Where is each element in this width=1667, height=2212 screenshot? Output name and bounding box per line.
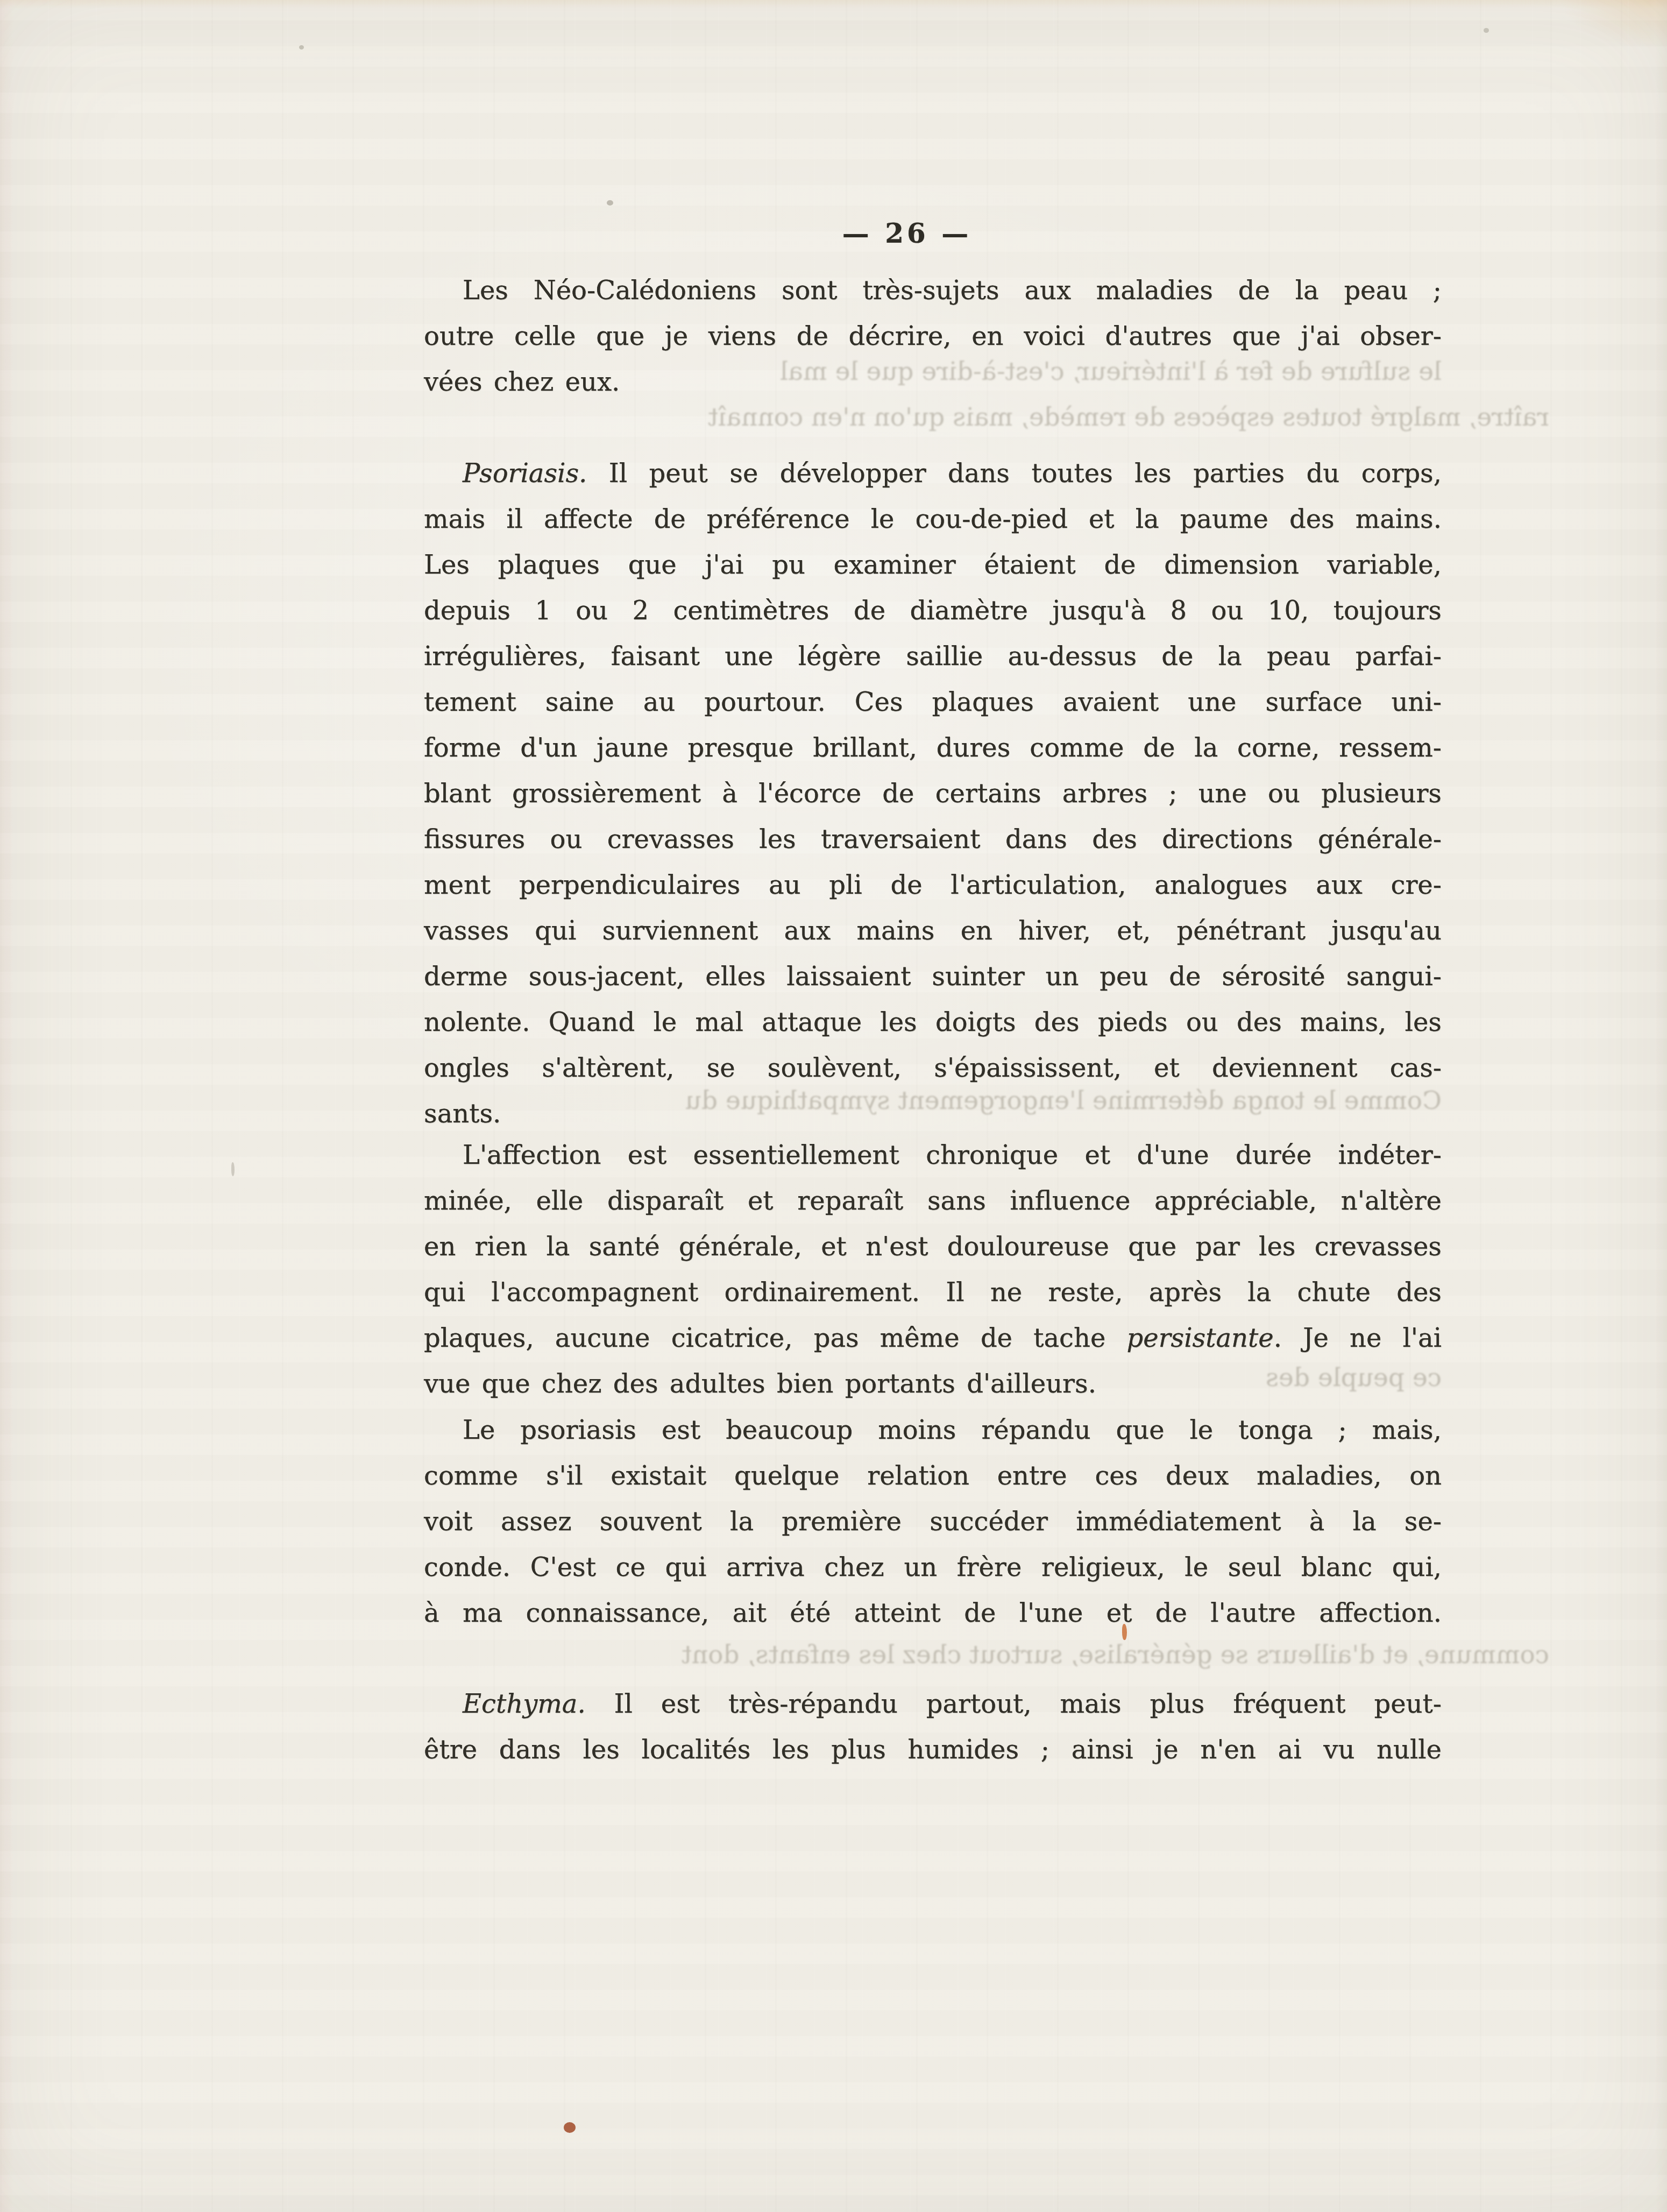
foxing-spot — [299, 45, 304, 50]
text-run: derme sous-jacent, elles laissaient suin… — [424, 962, 1442, 992]
text-run: nolente. Quand le mal attaque les doigts… — [424, 1007, 1442, 1037]
italic-term: Psoriasis. — [463, 458, 587, 489]
text-line: blant grossièrement à l'écorce de certai… — [424, 771, 1442, 817]
text-line: Ecthyma. Il est très-répandu partout, ma… — [424, 1681, 1442, 1727]
page-number-header: — 26 — — [424, 217, 1442, 249]
text-run: Les plaques que j'ai pu examiner étaient… — [424, 550, 1442, 580]
text-run: Il peut se développer dans toutes les pa… — [587, 458, 1442, 489]
text-line: derme sous-jacent, elles laissaient suin… — [424, 954, 1442, 1000]
text-run: ment perpendiculaires au pli de l'articu… — [424, 870, 1442, 900]
text-run: vue que chez des adultes bien portants d… — [424, 1369, 1096, 1399]
text-line: ment perpendiculaires au pli de l'articu… — [424, 863, 1442, 908]
text-run: depuis 1 ou 2 centimètres de diamètre ju… — [424, 596, 1442, 626]
text-line: mais il affecte de préférence le cou-de-… — [424, 497, 1442, 542]
foxing-spot — [231, 1162, 235, 1176]
text-line: qui l'accompagnent ordinairement. Il ne … — [424, 1270, 1442, 1316]
paragraph-1: Les Néo-Calédoniens sont très-sujets aux… — [424, 268, 1442, 405]
text-run: ongles s'altèrent, se soulèvent, s'épais… — [424, 1053, 1442, 1083]
text-line: irrégulières, faisant une légère saillie… — [424, 634, 1442, 680]
text-line: comme s'il existait quelque relation ent… — [424, 1453, 1442, 1499]
text-run: blant grossièrement à l'écorce de certai… — [424, 779, 1442, 809]
text-run: comme s'il existait quelque relation ent… — [424, 1461, 1442, 1491]
text-run: . Je ne l'ai — [1274, 1323, 1442, 1353]
text-line: outre celle que je viens de décrire, en … — [424, 314, 1442, 359]
text-run: mais il affecte de préférence le cou-de-… — [424, 504, 1442, 534]
text-line: sants. — [424, 1091, 1442, 1137]
text-run: forme d'un jaune presque brillant, dures… — [424, 733, 1442, 763]
bleedthrough-line: commune, et d'ailleurs se généralise, su… — [414, 1632, 1549, 1678]
text-run: tement saine au pourtour. Ces plaques av… — [424, 687, 1442, 717]
text-run: voit assez souvent la première succéder … — [424, 1507, 1442, 1537]
text-line: tement saine au pourtour. Ces plaques av… — [424, 680, 1442, 725]
paragraph-5: Ecthyma. Il est très-répandu partout, ma… — [424, 1681, 1442, 1773]
text-run: vasses qui surviennent aux mains en hive… — [424, 916, 1442, 946]
italic-term: Ecthyma. — [463, 1689, 586, 1719]
text-line: Le psoriasis est beaucoup moins répandu … — [424, 1408, 1442, 1453]
text-run: fissures ou crevasses les traversaient d… — [424, 824, 1442, 854]
italic-term: persistante — [1127, 1323, 1274, 1353]
text-run: irrégulières, faisant une légère saillie… — [424, 641, 1442, 672]
text-line: en rien la santé générale, et n'est doul… — [424, 1224, 1442, 1270]
text-line: vasses qui surviennent aux mains en hive… — [424, 908, 1442, 954]
text-run: outre celle que je viens de décrire, en … — [424, 321, 1442, 351]
text-run: Le psoriasis est beaucoup moins répandu … — [463, 1415, 1442, 1445]
text-run: qui l'accompagnent ordinairement. Il ne … — [424, 1277, 1442, 1308]
text-line: depuis 1 ou 2 centimètres de diamètre ju… — [424, 588, 1442, 634]
page-number: — 26 — — [842, 217, 971, 249]
text-line: L'affection est essentiellement chroniqu… — [424, 1133, 1442, 1178]
text-run: conde. C'est ce qui arriva chez un frère… — [424, 1552, 1442, 1582]
paragraph-4: Le psoriasis est beaucoup moins répandu … — [424, 1408, 1442, 1636]
text-line: vue que chez des adultes bien portants d… — [424, 1361, 1442, 1407]
text-run: sants. — [424, 1099, 501, 1129]
text-line: fissures ou crevasses les traversaient d… — [424, 817, 1442, 863]
text-line: vées chez eux. — [424, 359, 1442, 405]
text-run: Les Néo-Calédoniens sont très-sujets aux… — [463, 275, 1442, 306]
text-line: nolente. Quand le mal attaque les doigts… — [424, 1000, 1442, 1045]
text-line: minée, elle disparaît et reparaît sans i… — [424, 1178, 1442, 1224]
text-run: minée, elle disparaît et reparaît sans i… — [424, 1186, 1442, 1216]
text-run: en rien la santé générale, et n'est doul… — [424, 1232, 1442, 1262]
book-page-scan: — 26 — Les Néo-Calédoniens sont très-suj… — [0, 0, 1667, 2212]
text-run: à ma connaissance, ait été atteint de l'… — [424, 1598, 1442, 1628]
text-line: être dans les localités les plus humides… — [424, 1727, 1442, 1773]
text-line: à ma connaissance, ait été atteint de l'… — [424, 1591, 1442, 1636]
text-line: forme d'un jaune presque brillant, dures… — [424, 725, 1442, 771]
text-run: être dans les localités les plus humides… — [424, 1735, 1442, 1765]
text-line: ongles s'altèrent, se soulèvent, s'épais… — [424, 1045, 1442, 1091]
text-run: Il est très-répandu partout, mais plus f… — [586, 1689, 1442, 1719]
foxing-spot — [607, 200, 613, 206]
text-line: Les plaques que j'ai pu examiner étaient… — [424, 542, 1442, 588]
text-line: Les Néo-Calédoniens sont très-sujets aux… — [424, 268, 1442, 314]
text-run: vées chez eux. — [424, 367, 620, 397]
foxing-spot — [564, 2122, 576, 2133]
paragraph-2: Psoriasis. Il peut se développer dans to… — [424, 451, 1442, 1137]
text-line: voit assez souvent la première succéder … — [424, 1499, 1442, 1545]
text-line: plaques, aucune cicatrice, pas même de t… — [424, 1316, 1442, 1361]
text-run: plaques, aucune cicatrice, pas même de t… — [424, 1323, 1127, 1353]
text-run: L'affection est essentiellement chroniqu… — [463, 1140, 1442, 1170]
foxing-spot — [1484, 28, 1489, 33]
text-line: Psoriasis. Il peut se développer dans to… — [424, 451, 1442, 497]
paragraph-3: L'affection est essentiellement chroniqu… — [424, 1133, 1442, 1407]
text-line: conde. C'est ce qui arriva chez un frère… — [424, 1545, 1442, 1591]
